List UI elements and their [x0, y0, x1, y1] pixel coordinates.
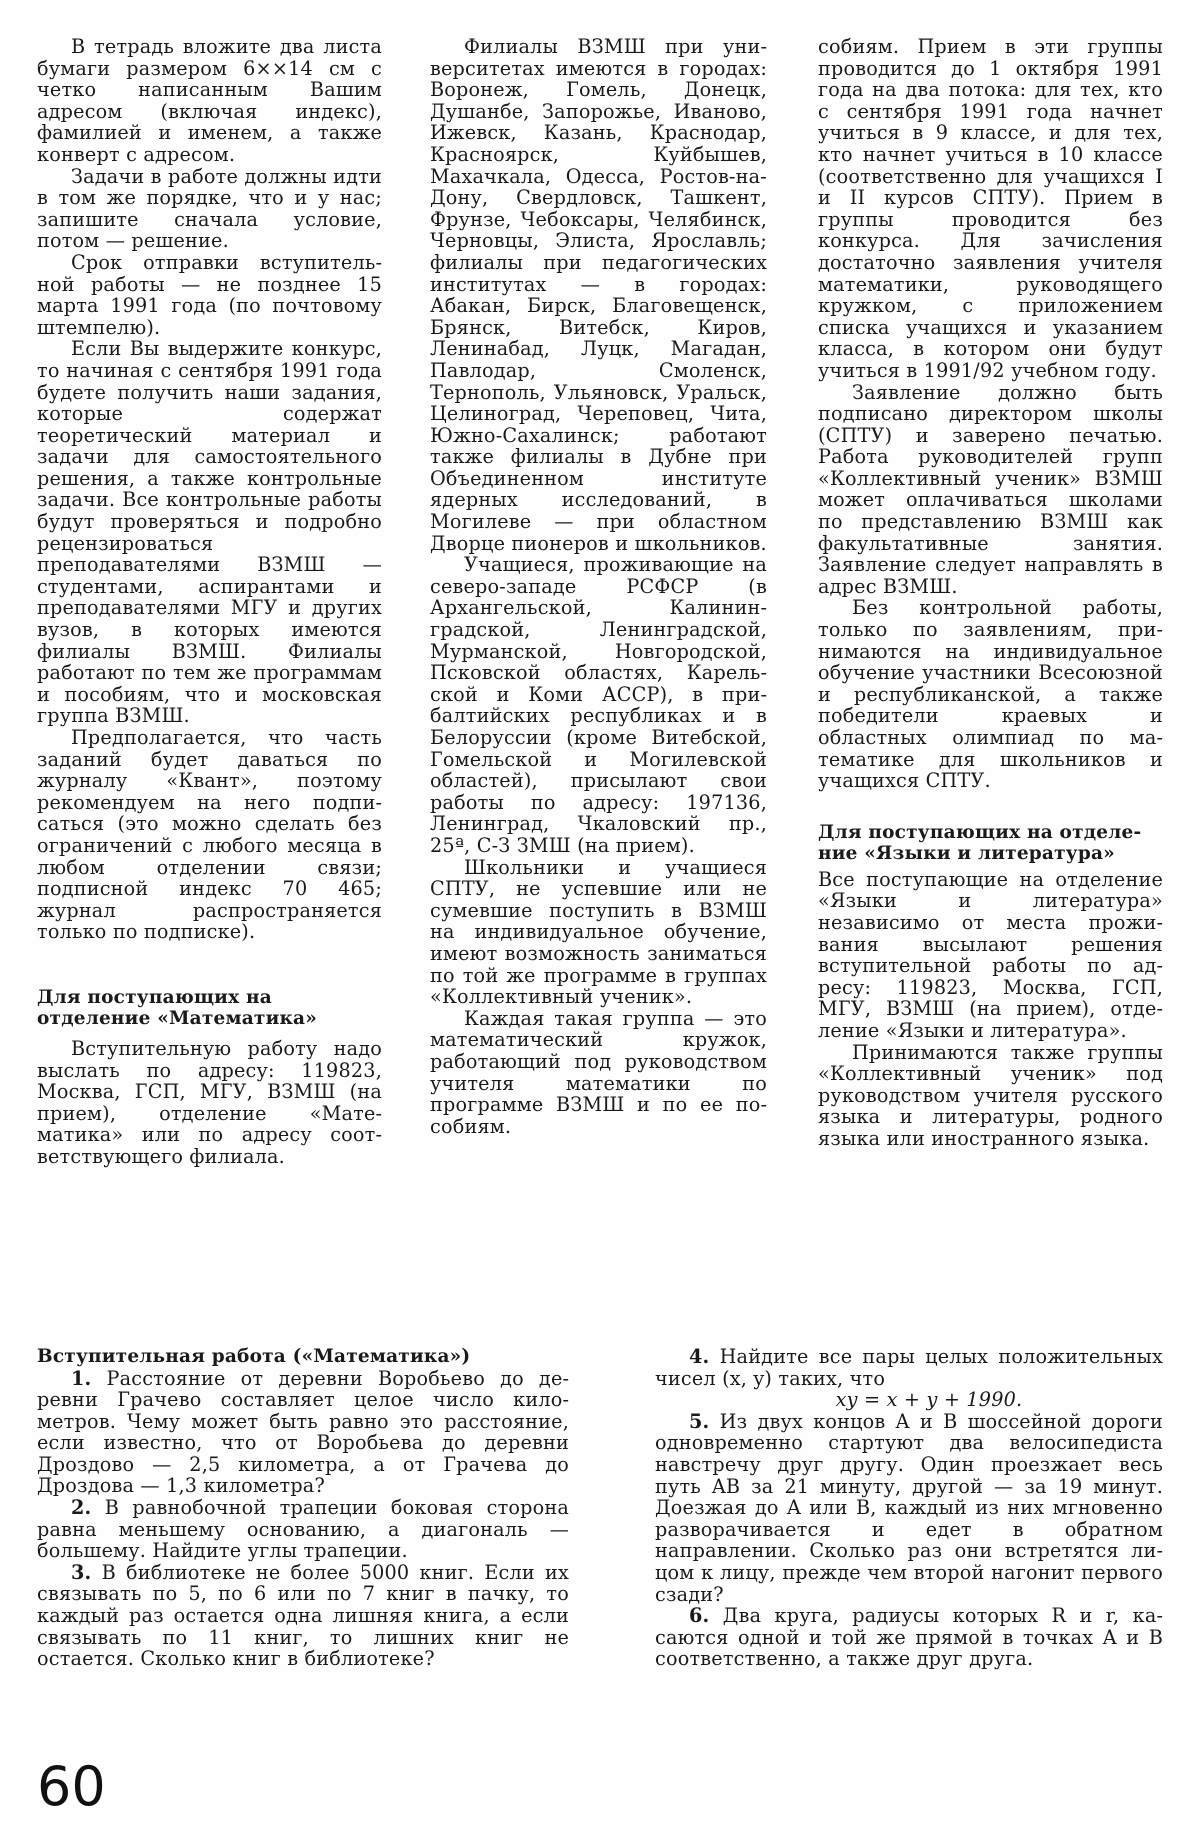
problem-2: 2. В равнобочной трапеции боковая сторо­… [37, 1497, 569, 1562]
problem-number: 3. [71, 1561, 91, 1584]
paragraph: В тетрадь вложите два листа бумаги разме… [37, 36, 382, 166]
paragraph: Вступительную работу на­до выслать по ад… [37, 1038, 382, 1168]
column-2: Филиалы ВЗМШ при уни­верситетах имеются … [430, 36, 767, 1137]
paragraph: Заявление должно быть подписано директор… [818, 382, 1163, 598]
problem-text: Два круга, радиусы которых R и r, ка­саю… [655, 1604, 1163, 1670]
column-3: собиям. Прием в эти группы проводится до… [818, 36, 1163, 1150]
problem-text: В равнобочной трапеции боковая сторо­на … [37, 1496, 569, 1562]
paragraph: Предполагается, что часть заданий будет … [37, 727, 382, 943]
page-number: 60 [37, 1760, 106, 1814]
paragraph: Если Вы выдержите кон­курс, то начиная с… [37, 338, 382, 727]
paragraph: Принимаются также груп­пы «Коллективный … [818, 1042, 1163, 1150]
section-heading-languages: Для поступающих на отделе­ние «Языки и л… [818, 822, 1163, 865]
column-1: В тетрадь вложите два листа бумаги разме… [37, 36, 382, 1168]
problem-6: 6. Два круга, радиусы которых R и r, ка­… [655, 1605, 1163, 1670]
problem-text: Найдите все пары целых положитель­ных чи… [655, 1345, 1163, 1390]
paragraph: Каждая такая группа — это математический… [430, 1008, 767, 1138]
problem-number: 5. [689, 1410, 709, 1433]
exam-problems-left: Вступительная работа («Математика») 1. Р… [37, 1346, 569, 1670]
problem-number: 4. [689, 1345, 709, 1368]
exam-problems-right: 4. Найдите все пары целых положитель­ных… [655, 1346, 1163, 1670]
magazine-page: В тетрадь вложите два листа бумаги разме… [0, 0, 1200, 1840]
problem-number: 1. [71, 1367, 91, 1390]
problem-text: В библиотеке не более 5000 книг. Если их… [37, 1561, 569, 1670]
paragraph: Школьники и учащиеся СПТУ, не успевшие и… [430, 857, 767, 1008]
spacer [37, 943, 382, 987]
paragraph: Филиалы ВЗМШ при уни­верситетах имеются … [430, 36, 767, 554]
problem-text: Из двух концов A и B шоссейной до­роги о… [655, 1410, 1163, 1606]
problem-5: 5. Из двух концов A и B шоссейной до­рог… [655, 1411, 1163, 1605]
problem-4: 4. Найдите все пары целых положитель­ных… [655, 1346, 1163, 1389]
paragraph-continuation: собиям. Прием в эти группы проводится до… [818, 36, 1163, 382]
problem-3: 3. В библиотеке не более 5000 книг. Если… [37, 1562, 569, 1670]
problem-1: 1. Расстояние от деревни Воробьево до де… [37, 1368, 569, 1498]
problem-number: 6. [689, 1604, 709, 1627]
spacer [818, 792, 1163, 822]
section-heading-math: Для поступающих на отделение «Математика… [37, 987, 382, 1030]
problem-number: 2. [71, 1496, 91, 1519]
paragraph: Без контрольной работы, только по заявле… [818, 597, 1163, 791]
problem-text: Расстояние от деревни Воробьево до де­ре… [37, 1367, 569, 1498]
paragraph: Все поступающие на отделе­ние «Языки и л… [818, 869, 1163, 1042]
exam-title: Вступительная работа («Математика») [37, 1346, 569, 1368]
paragraph: Задачи в работе должны идти в том же пор… [37, 166, 382, 252]
paragraph: Срок отправки вступитель­ной работы — не… [37, 252, 382, 338]
equation: xy = x + y + 1990. [655, 1389, 1163, 1411]
paragraph: Учащиеся, проживающие на северо-западе Р… [430, 554, 767, 856]
